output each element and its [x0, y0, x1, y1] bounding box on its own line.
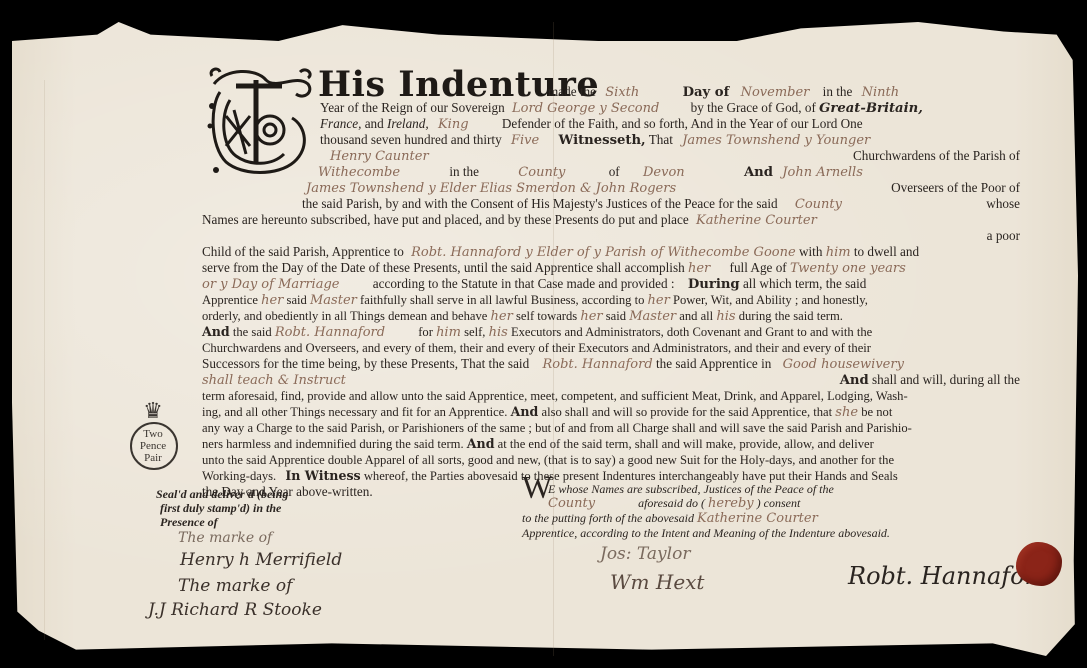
print-text: And [467, 436, 495, 451]
text-line: Names are hereunto subscribed, have put … [202, 212, 817, 229]
handwritten-text: her [491, 309, 513, 324]
print-text: faithfully shall serve in all lawful Bus… [360, 293, 644, 307]
print-text: Seal'd and deliver'd (being [156, 487, 288, 501]
print-text: That [649, 132, 673, 147]
sealed-delivered-block: Seal'd and deliver'd (being first duly s… [156, 487, 288, 529]
print-text: Churchwardens of the Parish of [853, 148, 1020, 164]
handwritten-text: her [648, 293, 670, 308]
witness-mark-label: The marke of [178, 576, 292, 596]
handwritten-text: Devon [643, 165, 685, 180]
print-text: self, [464, 325, 485, 339]
print-text: Power, Wit, and Ability ; and honestly, [673, 293, 868, 307]
two-pence-stamp: ♛ Two Pence Pair [128, 400, 178, 470]
print-text: unto the said Apprentice double Apparel … [202, 453, 894, 467]
text-line: unto the said Apprentice double Apparel … [202, 452, 894, 468]
handwritten-text: Katherine Courter [697, 511, 818, 526]
print-text: ners harmless and indemnified during the… [202, 437, 464, 451]
handwritten-text: her [261, 293, 283, 308]
text-line: ners harmless and indemnified during the… [202, 436, 874, 452]
print-text: in the [449, 164, 479, 179]
text-line: James Townshend y Elder Elias Smerdon & … [306, 180, 1020, 197]
text-line: the said Parish, by and with the Consent… [302, 196, 1020, 213]
text-line: Child of the said Parish, Apprentice to … [202, 244, 919, 261]
print-text: Great-Britain, [819, 101, 923, 116]
print-text: thousand seven hundred and thirty [320, 132, 502, 147]
handwritten-text: Henry Caunter [330, 149, 429, 164]
print-text: in the [823, 84, 853, 99]
text-line: Withecombe in the County of Devon And Jo… [318, 164, 863, 181]
handwritten-text: County [518, 165, 565, 180]
handwritten-text: she [835, 405, 858, 420]
print-text: ) consent [757, 496, 801, 510]
print-text: Executors and Administrators, doth Coven… [511, 325, 872, 339]
text-line: Apprentice her said Master faithfully sh… [202, 292, 868, 309]
handwritten-text: Lord George y Second [512, 101, 659, 116]
handwritten-text: Master [310, 293, 357, 308]
handwritten-text: or y Day of Marriage [202, 277, 339, 292]
drop-cap: W [522, 480, 552, 494]
print-text: Apprentice [202, 293, 258, 307]
text-line: term aforesaid, find, provide and allow … [202, 388, 908, 404]
text-line: Henry Caunter Churchwardens of the Paris… [330, 148, 1020, 165]
stamp-text: Pence [128, 440, 178, 452]
print-text: be not [861, 405, 892, 419]
print-text: said [287, 293, 307, 307]
print-text: ing, and all other Things necessary and … [202, 405, 507, 419]
justice-signature: Jos: Taylor [600, 544, 690, 564]
handwritten-text: James Townshend y Younger [682, 133, 870, 148]
text-line: or y Day of Marriage according to the St… [202, 276, 866, 293]
handwritten-text: her [580, 309, 602, 324]
print-text: and all [679, 309, 713, 323]
print-text: of [609, 164, 620, 179]
text-line: ing, and all other Things necessary and … [202, 404, 892, 421]
print-text: the said Parish, by and with the Consent… [302, 196, 778, 211]
fold-crease-left [44, 80, 45, 640]
text-line: shall teach & Instruct And shall and wil… [202, 372, 1020, 389]
print-text: for [418, 325, 433, 339]
text-line: Successors for the time being, by these … [202, 356, 904, 373]
stamp-text: Two [128, 428, 178, 440]
print-text: aforesaid do ( [638, 496, 705, 510]
print-text: Overseers of the Poor of [891, 180, 1020, 196]
print-text: Names are hereunto subscribed, have put … [202, 212, 689, 227]
print-text: shall and will, during all the [872, 372, 1020, 387]
handwritten-text: John Arnells [782, 165, 863, 180]
print-text: France, [320, 116, 361, 131]
handwritten-text: shall teach & Instruct [202, 373, 346, 388]
text-line: thousand seven hundred and thirty Five W… [320, 132, 870, 149]
text-line: France, and Ireland, King Defender of th… [320, 116, 863, 133]
handwritten-text: County [548, 496, 595, 511]
handwritten-text: James Townshend y Elder Elias Smerdon & … [306, 181, 676, 196]
print-text: Defender of the Faith, and so forth, And… [502, 116, 863, 131]
print-text: the said [233, 325, 272, 339]
handwritten-text: Master [629, 309, 676, 324]
print-text: said [606, 309, 626, 323]
print-text: full Age of [730, 260, 787, 275]
handwritten-text: Robt. Hannaford [542, 357, 652, 372]
handwritten-text: her [688, 261, 710, 276]
handwritten-text: King [438, 117, 469, 132]
handwritten-text: Robt. Hannaford y Elder of y Parish of W… [411, 245, 796, 260]
text-line: any way a Charge to the said Parish, or … [202, 420, 912, 436]
handwritten-text: Sixth [605, 85, 639, 100]
print-text: any way a Charge to the said Parish, or … [202, 421, 912, 435]
print-text: E whose Names are subscribed, Justices o… [548, 482, 912, 496]
print-text: And [744, 165, 773, 180]
print-text: And [202, 324, 230, 339]
print-text: the said Apprentice in [656, 356, 771, 371]
print-text: Child of the said Parish, Apprentice to [202, 244, 404, 259]
handwritten-text: Withecombe [318, 165, 400, 180]
handwritten-text: Ninth [862, 85, 900, 100]
print-text: And [511, 404, 539, 419]
print-text: to the putting forth of the abovesaid [522, 511, 694, 525]
handwritten-text: Five [511, 133, 539, 148]
print-text: with [799, 244, 822, 259]
print-text: self towards [516, 309, 577, 323]
handwritten-text: November [741, 85, 810, 100]
text-line: made the Sixth Day of November in the Ni… [548, 84, 899, 101]
handwritten-text: Twenty one years [790, 261, 906, 276]
handwritten-text: Robt. Hannaford [275, 325, 385, 340]
print-text: serve from the Day of the Date of these … [202, 260, 685, 275]
handwritten-text: his [489, 325, 508, 340]
print-text: Day of [683, 85, 730, 100]
stamp-text: Pair [128, 452, 178, 464]
justice-signature: Wm Hext [610, 570, 704, 594]
handwritten-text: County [795, 197, 842, 212]
wax-seal [1016, 542, 1062, 586]
print-text: a poor [987, 228, 1020, 244]
print-text: Presence of [160, 515, 288, 529]
text-line: orderly, and obediently in all Things de… [202, 308, 843, 325]
print-text: During [688, 277, 740, 292]
print-text: during the said term. [739, 309, 843, 323]
print-text: at the end of the said term, shall and w… [498, 437, 874, 451]
print-text: made the [548, 84, 596, 99]
text-line: Year of the Reign of our Sovereign Lord … [320, 100, 923, 117]
witness-signature: J.J Richard R Stooke [148, 600, 322, 620]
text-line: serve from the Day of the Date of these … [202, 260, 906, 277]
print-text: Year of the Reign of our Sovereign [320, 100, 505, 115]
print-text: orderly, and obediently in all Things de… [202, 309, 487, 323]
print-text: Working-days. [202, 469, 276, 483]
print-text: In Witness [285, 468, 360, 483]
handwritten-text: him [826, 245, 851, 260]
crown-icon: ♛ [128, 400, 178, 422]
ornamental-initial-icon [206, 66, 316, 178]
print-text: Ireland, [387, 116, 429, 131]
handwritten-text: his [716, 309, 735, 324]
print-text: Apprentice, according to the Intent and … [522, 526, 912, 540]
print-text: all which term, the said [743, 276, 866, 291]
print-text: and [365, 116, 384, 131]
witness-signature: Henry h Merrifield [180, 550, 342, 570]
handwritten-text: Good housewivery [783, 357, 904, 372]
print-text: according to the Statute in that Case ma… [373, 276, 675, 291]
text-line: And the said Robt. Hannaford for him sel… [202, 324, 872, 341]
text-line: Churchwardens and Overseers, and every o… [202, 340, 871, 356]
justices-consent-block: W E whose Names are subscribed, Justices… [522, 482, 912, 540]
print-text: And [840, 373, 869, 388]
print-text: Witnesseth, [558, 133, 645, 148]
print-text: whose [986, 196, 1020, 212]
print-text: also shall and will so provide for the s… [541, 405, 832, 419]
print-text: to dwell and [854, 244, 919, 259]
print-text: by the Grace of God, of [691, 100, 816, 115]
print-text: term aforesaid, find, provide and allow … [202, 389, 908, 403]
handwritten-text: him [436, 325, 461, 340]
handwritten-text: Katherine Courter [696, 213, 817, 228]
handwritten-text: hereby [708, 496, 754, 511]
witness-mark-label: The marke of [178, 530, 272, 546]
print-text: first duly stamp'd) in the [160, 501, 288, 515]
print-text: whereof, the Parties abovesaid to these … [364, 469, 898, 483]
print-text: Churchwardens and Overseers, and every o… [202, 341, 871, 355]
print-text: Successors for the time being, by these … [202, 356, 529, 371]
